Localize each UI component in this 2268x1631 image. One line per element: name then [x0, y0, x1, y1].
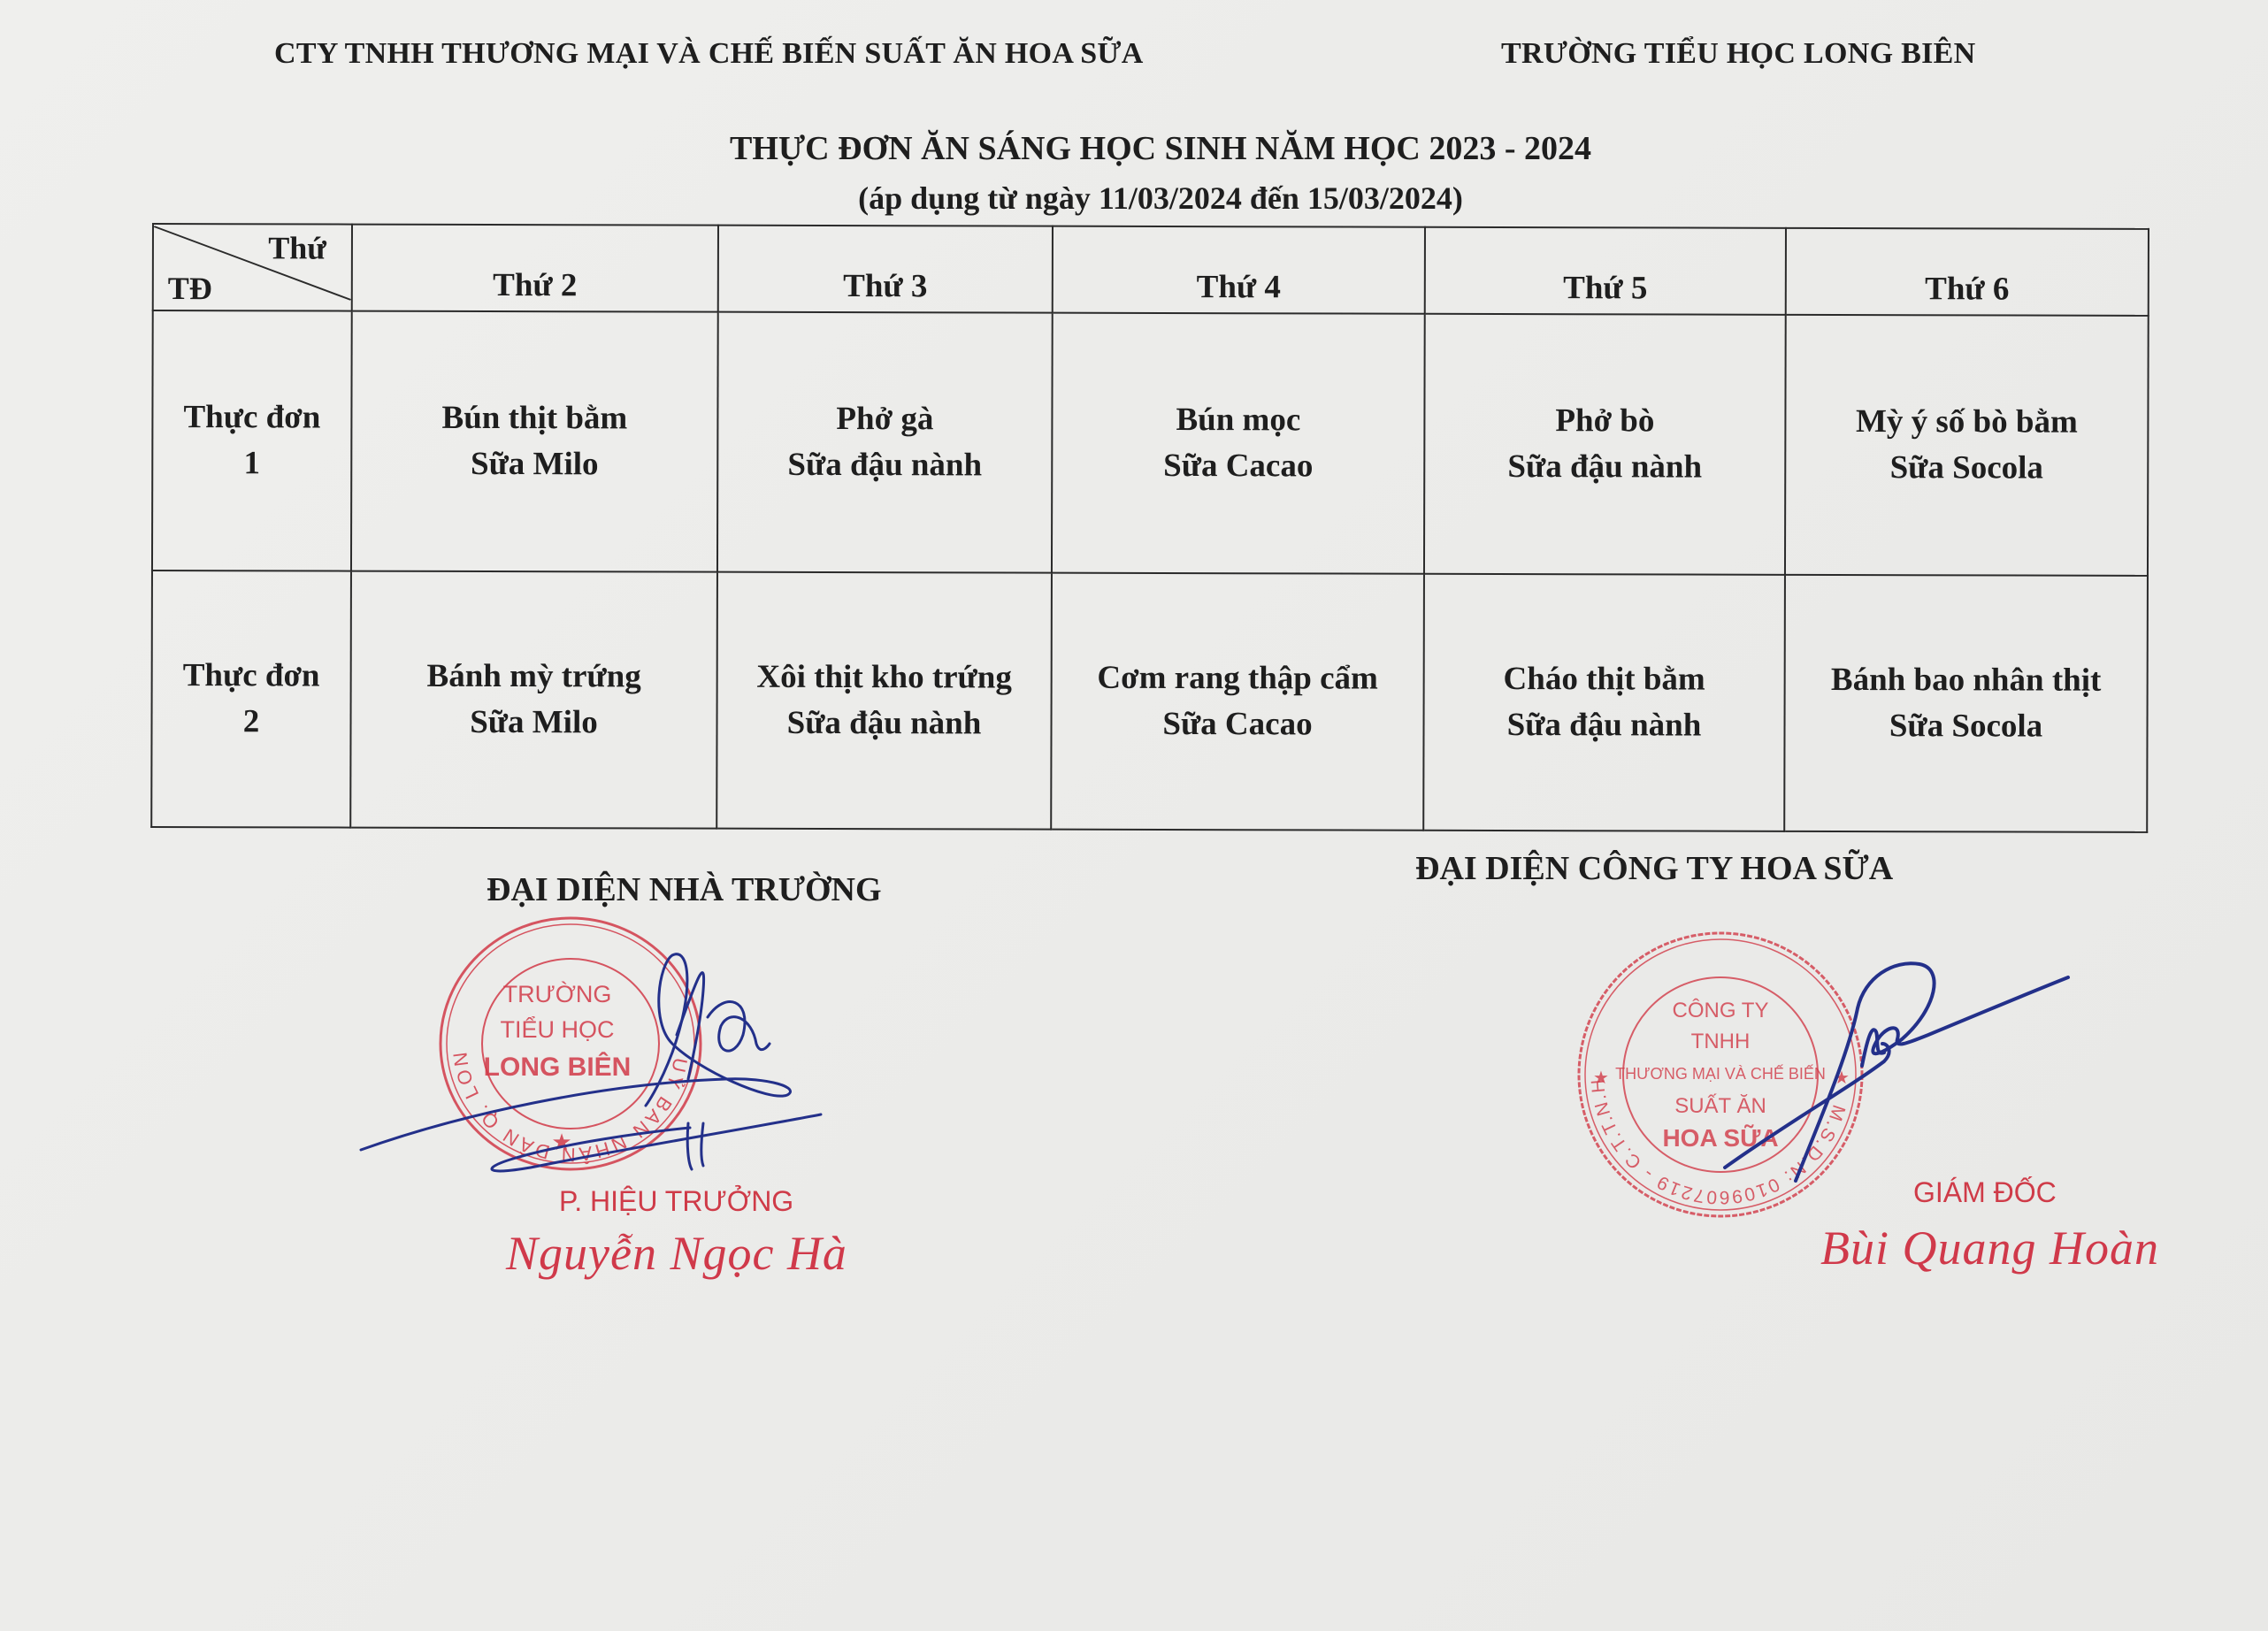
- dish-name: Cơm rang thập cẩm: [1058, 655, 1418, 702]
- dish-name: Bún thịt bằm: [357, 395, 711, 442]
- svg-text:SUẤT ĂN: SUẤT ĂN: [1674, 1093, 1766, 1118]
- menu-table: Thứ TĐ Thứ 2 Thứ 3 Thứ 4 Thứ 5 Thứ 6 Thự…: [150, 223, 2149, 833]
- dish-name: Bánh bao nhân thịt: [1791, 657, 2142, 704]
- svg-text:TNHH: TNHH: [1691, 1030, 1751, 1053]
- drink-name: Sữa Milo: [356, 700, 710, 747]
- drink-name: Sữa Socola: [1791, 445, 2142, 492]
- document-subtitle: (áp dụng từ ngày 11/03/2024 đến 15/03/20…: [27, 180, 2268, 217]
- drink-name: Sữa Milo: [357, 441, 711, 488]
- menu-cell: Bún thịt bằm Sữa Milo: [351, 311, 718, 572]
- dish-name: Mỳ ý số bò bằm: [1791, 399, 2142, 446]
- drink-name: Sữa đậu nành: [1429, 702, 1778, 749]
- svg-text:LONG BIÊN: LONG BIÊN: [484, 1052, 632, 1082]
- drink-name: Sữa Cacao: [1058, 443, 1418, 490]
- company-header: CTY TNHH THƯƠNG MẠI VÀ CHẾ BIẾN SUẤT ĂN …: [274, 37, 1144, 71]
- svg-text:★: ★: [1593, 1068, 1609, 1088]
- menu-cell: Phở bò Sữa đậu nành: [1424, 314, 1786, 575]
- document-title: THỰC ĐƠN ĂN SÁNG HỌC SINH NĂM HỌC 2023 -…: [27, 129, 2268, 168]
- menu-cell: Bánh mỳ trứng Sữa Milo: [350, 571, 717, 829]
- company-signer-role: GIÁM ĐỐC: [1913, 1176, 2057, 1209]
- svg-text:★: ★: [1834, 1068, 1850, 1088]
- company-signer-name: Bùi Quang Hoàn: [1820, 1221, 2159, 1275]
- menu-cell: Bánh bao nhân thịt Sữa Socola: [1784, 575, 2148, 832]
- row-label-text: Thực đơn: [158, 653, 345, 700]
- table-row: Thực đơn 1 Bún thịt bằm Sữa Milo Phở gà …: [152, 310, 2149, 576]
- corner-menu-label: TĐ: [168, 269, 212, 308]
- drink-name: Sữa đậu nành: [723, 701, 1045, 747]
- row-label: Thực đơn 1: [152, 310, 352, 571]
- menu-cell: Cơm rang thập cẩm Sữa Cacao: [1051, 573, 1424, 831]
- school-stamp-icon: UỶ BAN NHÂN DÂN Q. LONG BIÊN - T.P HÀ NỘ…: [433, 911, 708, 1176]
- menu-cell: Cháo thịt bằm Sữa đậu nành: [1423, 574, 1785, 831]
- table-row: Thực đơn 2 Bánh mỳ trứng Sữa Milo Xôi th…: [151, 570, 2148, 832]
- menu-cell: Phở gà Sữa đậu nành: [717, 312, 1053, 573]
- company-signature-heading: ĐẠI DIỆN CÔNG TY HOA SỮA: [1415, 849, 1893, 888]
- dish-name: Phở bò: [1430, 398, 1779, 445]
- svg-text:HOA SỮA: HOA SỮA: [1662, 1124, 1778, 1152]
- row-label-number: 1: [158, 440, 345, 487]
- menu-cell: Xôi thịt kho trứng Sữa đậu nành: [716, 572, 1052, 830]
- row-label-number: 2: [157, 699, 344, 746]
- svg-text:TRƯỜNG: TRƯỜNG: [503, 980, 612, 1007]
- table-header-row: Thứ TĐ Thứ 2 Thứ 3 Thứ 4 Thứ 5 Thứ 6: [153, 224, 2149, 316]
- dish-name: Phở gà: [724, 396, 1046, 443]
- column-header: Thứ 6: [1786, 228, 2149, 316]
- school-signer-name: Nguyễn Ngọc Hà: [506, 1226, 847, 1281]
- school-signature-heading: ĐẠI DIỆN NHÀ TRƯỜNG: [487, 870, 882, 909]
- corner-day-label: Thứ: [268, 228, 326, 267]
- svg-text:★: ★: [551, 1129, 571, 1155]
- drink-name: Sữa Cacao: [1057, 701, 1417, 748]
- column-header: Thứ 5: [1425, 227, 1786, 315]
- column-header: Thứ 2: [352, 225, 718, 312]
- school-signer-role: P. HIỆU TRƯỞNG: [559, 1185, 793, 1218]
- dish-name: Bún mọc: [1058, 397, 1418, 444]
- svg-text:TIỂU HỌC: TIỂU HỌC: [500, 1015, 614, 1043]
- svg-text:THƯƠNG MẠI VÀ CHẾ BIẾN: THƯƠNG MẠI VÀ CHẾ BIẾN: [1615, 1064, 1826, 1083]
- dish-name: Bánh mỳ trứng: [357, 654, 711, 701]
- drink-name: Sữa đậu nành: [724, 442, 1046, 489]
- school-header: TRƯỜNG TIỂU HỌC LONG BIÊN: [1501, 37, 1975, 71]
- svg-text:CÔNG TY: CÔNG TY: [1673, 998, 1769, 1022]
- row-label: Thực đơn 2: [151, 570, 351, 828]
- column-header: Thứ 4: [1053, 226, 1425, 314]
- menu-cell: Mỳ ý số bò bằm Sữa Socola: [1785, 315, 2149, 576]
- drink-name: Sữa đậu nành: [1430, 444, 1779, 491]
- dish-name: Cháo thịt bằm: [1430, 656, 1779, 703]
- dish-name: Xôi thịt kho trứng: [724, 655, 1046, 701]
- drink-name: Sữa Socola: [1790, 703, 2141, 750]
- company-stamp-icon: M.S.D.N: 0109607219 - C.T.T.N.H.H - Q. H…: [1575, 929, 1866, 1221]
- column-header: Thứ 3: [718, 226, 1053, 313]
- row-label-text: Thực đơn: [158, 394, 345, 441]
- menu-cell: Bún mọc Sữa Cacao: [1052, 313, 1425, 574]
- corner-header-cell: Thứ TĐ: [153, 224, 352, 311]
